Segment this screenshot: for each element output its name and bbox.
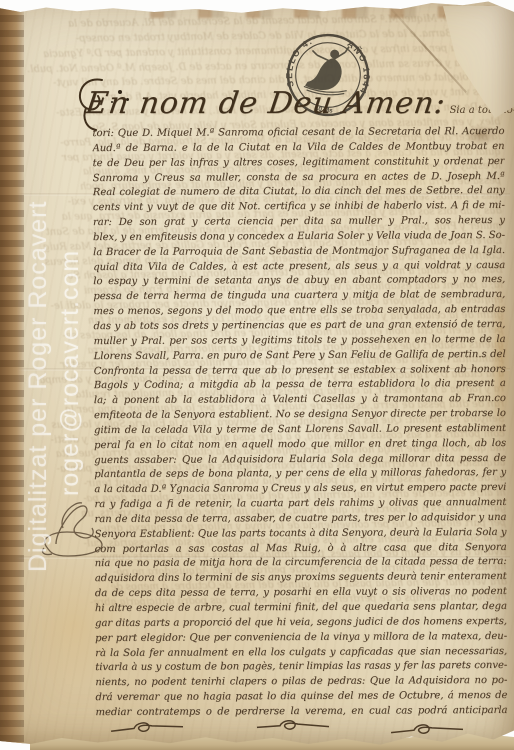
manuscript-line: te de Deu per las infras y altres coses,… (93, 155, 505, 172)
manuscript-line: per part elegidor: Que per conveniencia … (95, 630, 507, 647)
line-filler-flourish-icon (390, 721, 464, 738)
scanned-document-page: tori: Que D. Miquel M.ª Sanroma oficial … (0, 0, 514, 750)
manuscript-line: gar ditas parts a proporció del que hi v… (95, 615, 507, 632)
manuscript-line: Llorens Savall, Parra. en puro de Sant P… (94, 348, 506, 365)
line-filler-flourish-icon (110, 719, 185, 738)
heading-main-text: En nom de Deu Amen: (84, 86, 448, 121)
manuscript-line: Senyora Establient: Que las parts tocant… (95, 526, 507, 543)
binding-edge (0, 0, 24, 750)
manuscript-paper: tori: Que D. Miquel M.ª Sanroma oficial … (0, 0, 514, 750)
manuscript-line: Aud.ª de Barna. e la de la Ciutat en la … (93, 140, 505, 157)
watermark-email-text: roger@rocavert.com (56, 220, 85, 496)
line-filler-flourish-icon (256, 717, 330, 734)
manuscript-line: muller y Pral. per sos certs y legitims … (94, 333, 506, 350)
manuscript-line: peral fa en lo citat nom en aquell modo … (94, 437, 506, 454)
manuscript-body: tori: Que D. Miquel M.ª Sanroma oficial … (92, 125, 507, 721)
manuscript-line: la Bracer de la Parroquia de Sant Sebast… (93, 244, 505, 261)
document-heading: En nom de Deu Amen:Sia a tots no- (86, 86, 506, 121)
watermark-credit-text: Digitalitzat per Roger Rocavert (24, 128, 53, 572)
